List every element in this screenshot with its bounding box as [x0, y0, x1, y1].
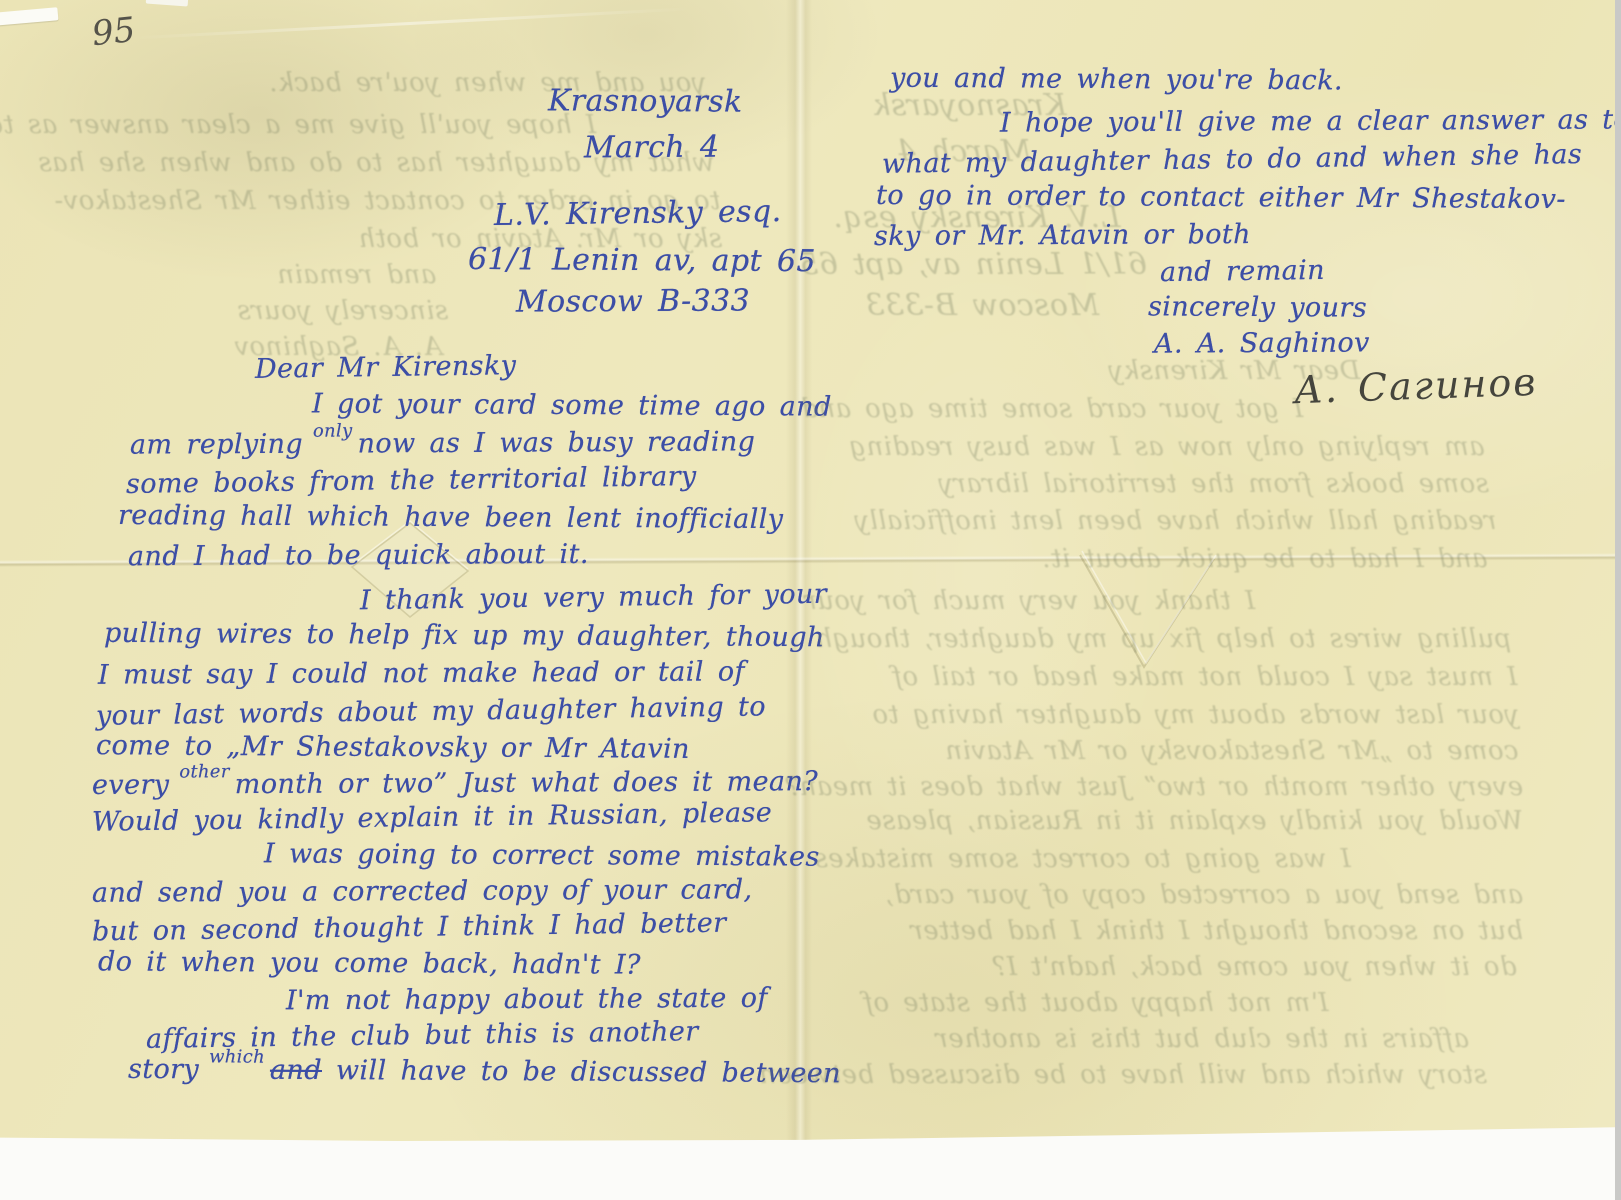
handwritten-line: every other month or two” Just what does…	[92, 766, 818, 801]
handwritten-line: what my daughter has to do and when she …	[882, 139, 1582, 180]
handwritten-line: am replying only now as I was busy readi…	[130, 426, 755, 460]
show-through-text: pulling wires to help fix up my daughter…	[815, 624, 1511, 654]
show-through-text: story which and will have to be discusse…	[759, 1060, 1487, 1090]
show-through-text: I must say I could not make head or tail…	[892, 662, 1517, 692]
inserted-word: other	[179, 761, 230, 782]
show-through-text: Would you kindly explain it in Russian, …	[866, 806, 1523, 836]
handwritten-line: I'm not happy about the state of	[286, 983, 768, 1017]
handwritten-line: you and me when you're back.	[890, 63, 1343, 97]
handwritten-line: I hope you'll give me a clear answer as …	[1000, 104, 1621, 138]
salutation: Dear Mr Kirensky	[255, 350, 517, 385]
struck-word: and	[270, 1055, 322, 1086]
inserted-word: which	[209, 1046, 265, 1067]
handwritten-line: but on second thought I think I had bett…	[92, 908, 727, 948]
show-through-text: sincerely yours	[237, 296, 448, 326]
handwritten-line: and I had to be quick about it.	[128, 539, 589, 572]
show-through-text: affairs in the club but this is another	[935, 1024, 1469, 1054]
show-through-text: 61/1 Lenin av, apt 65	[799, 247, 1147, 282]
show-through-text: your last words about my daughter having…	[872, 700, 1519, 730]
show-through-text: I thank you very much for your	[804, 586, 1255, 616]
signature-cyrillic: А. Сагинов	[1293, 360, 1538, 412]
show-through-text: and I had to be quick about it.	[1042, 544, 1487, 574]
show-through-text: every other month or two” Just what does…	[785, 772, 1523, 802]
heading-recipient: L.V. Kirensky esq.	[494, 194, 782, 233]
handwritten-line: do it when you come back, hadn't I?	[98, 946, 641, 980]
handwritten-line: some books from the territorial library	[126, 461, 697, 500]
show-through-text: but on second thought I think I had bett…	[910, 916, 1523, 946]
inserted-word: only	[313, 420, 353, 441]
heading-date: March 4	[584, 130, 720, 166]
signature-line: A. A. Saghinov	[1154, 327, 1370, 359]
handwritten-line: I must say I could not make head or tail…	[98, 656, 745, 690]
handwritten-line: Would you kindly explain it in Russian, …	[92, 797, 773, 837]
handwritten-line: pulling wires to help fix up my daughter…	[104, 618, 825, 653]
handwritten-line: reading hall which have been lent inoffi…	[118, 500, 784, 535]
heading-place: Krasnoyarsk	[548, 83, 743, 119]
show-through-text: I got your card some time ago and	[801, 394, 1303, 424]
handwritten-line: come to „Mr Shestakovsky or Mr Atavin	[96, 730, 690, 765]
letter-paper: you and me when you're back.I hope you'l…	[0, 0, 1615, 1141]
closing-line: and remain	[1160, 255, 1325, 288]
show-through-text: I'm not happy about the state of	[863, 988, 1329, 1018]
show-through-text: Moscow B-333	[865, 288, 1099, 323]
show-through-text: and remain	[277, 260, 436, 290]
heading-recipient: 61/1 Lenin av, apt 65	[468, 242, 816, 279]
scanner-edge-strip	[1615, 0, 1621, 1200]
show-through-text: reading hall which have been lent inoffi…	[854, 506, 1497, 536]
show-through-text: and send you a corrected copy of your ca…	[885, 880, 1523, 910]
handwritten-line: I thank you very much for your	[360, 579, 827, 617]
heading-recipient: Moscow B-333	[516, 283, 750, 319]
show-through-text: some books from the territorial library	[938, 469, 1489, 499]
handwritten-line: sky or Mr. Atavin or both	[874, 219, 1251, 252]
handwritten-line: your last words about my daughter having…	[96, 691, 766, 731]
closing-line: sincerely yours	[1148, 291, 1367, 323]
scanned-letter: you and me when you're back.I hope you'l…	[0, 0, 1621, 1200]
handwritten-line: I was going to correct some mistakes	[264, 838, 820, 872]
handwritten-line: I got your card some time ago and	[312, 388, 832, 422]
show-through-text: come to „Mr Shestakovsky or Mr Atavin	[945, 736, 1519, 766]
show-through-text: I hope you'll give me a clear answer as …	[0, 110, 596, 140]
show-through-text: do it when you come back, hadn't I?	[992, 952, 1517, 982]
page-number: 95	[90, 10, 137, 54]
handwritten-line: and send you a corrected copy of your ca…	[92, 874, 753, 908]
letter-page-1: you and me when you're back.I hope you'l…	[0, 0, 798, 1141]
show-through-text: am replying only now as I was busy readi…	[849, 432, 1485, 462]
show-through-text: I was going to correct some mistakes	[814, 844, 1351, 874]
handwritten-line: story which and will have to be discusse…	[128, 1054, 841, 1089]
letter-page-2: KrasnoyarskMarch 4L.V. Kirensky esq.61/1…	[798, 0, 1615, 1141]
handwritten-line: to go in order to contact either Mr Shes…	[876, 180, 1566, 215]
